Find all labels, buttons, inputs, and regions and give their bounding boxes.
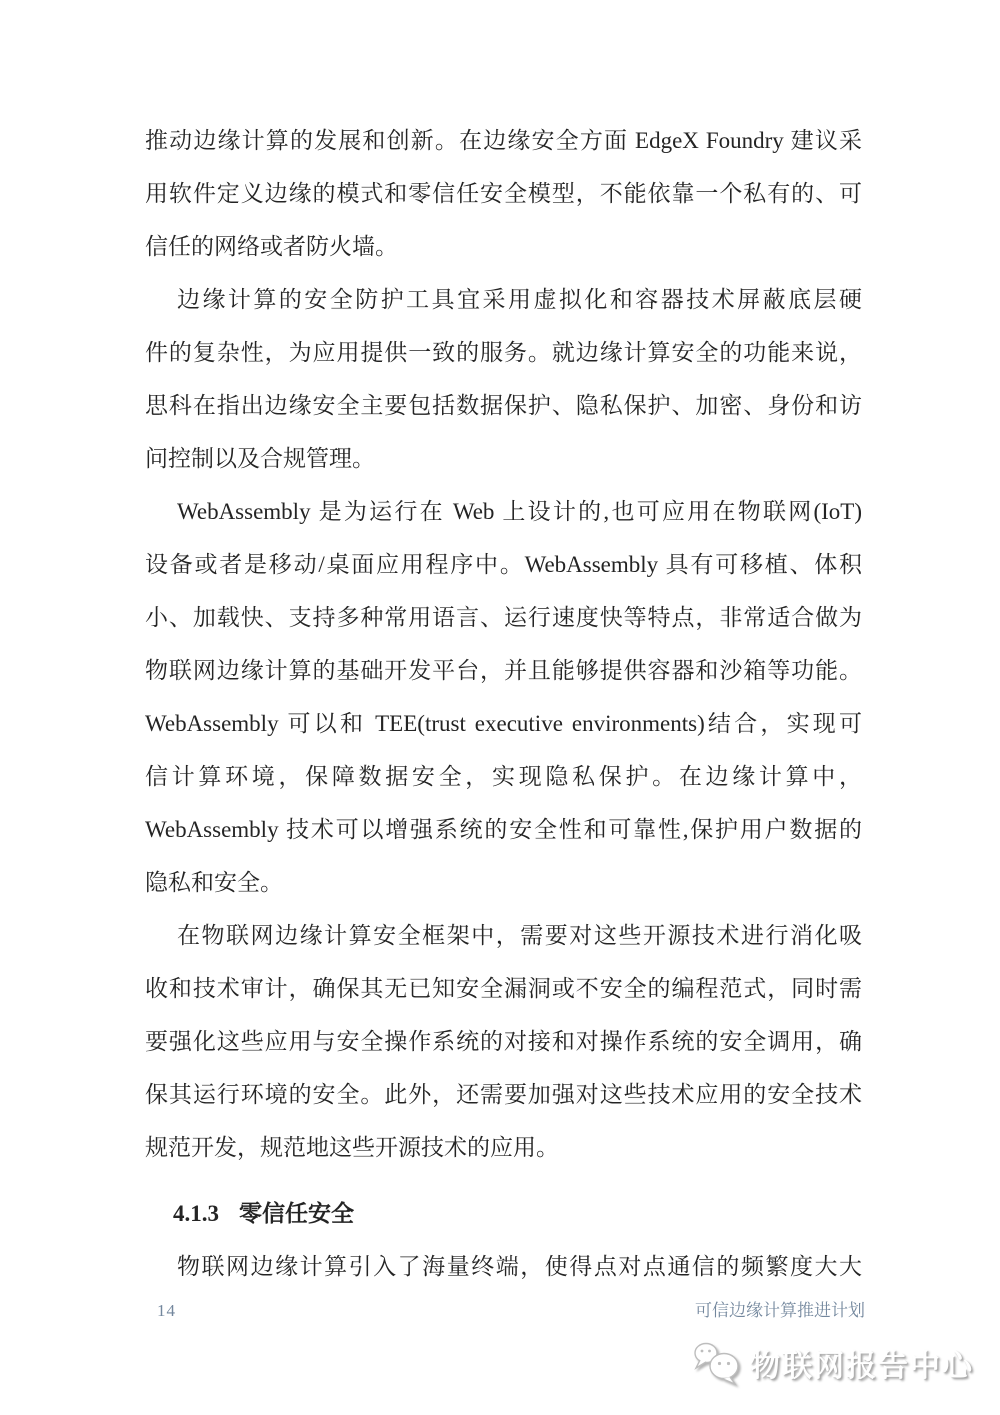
body-line: WebAssembly 技术可以增强系统的安全性和可靠性,保护用户数据的: [145, 803, 862, 856]
body-line: 隐私和安全。: [145, 856, 862, 909]
body-line: 信计算环境，保障数据安全，实现隐私保护。在边缘计算中，: [145, 750, 862, 803]
section-title: 零信任安全: [239, 1201, 354, 1226]
body-line: 设备或者是移动/桌面应用程序中。WebAssembly 具有可移植、体积: [145, 538, 862, 591]
body-line: 物联网边缘计算的基础开发平台，并且能够提供容器和沙箱等功能。: [145, 644, 862, 697]
body-line: WebAssembly 是为运行在 Web 上设计的,也可应用在物联网(IoT): [145, 485, 862, 538]
footer-title: 可信边缘计算推进计划: [695, 1296, 865, 1321]
section-heading: 4.1.3零信任安全: [145, 1187, 862, 1240]
page-footer: 14 可信边缘计算推进计划: [145, 1296, 865, 1321]
body-line: 收和技术审计，确保其无已知安全漏洞或不安全的编程范式，同时需: [145, 962, 862, 1015]
body-line: 保其运行环境的安全。此外，还需要加强对这些技术应用的安全技术: [145, 1068, 862, 1121]
body-line: 物联网边缘计算引入了海量终端，使得点对点通信的频繁度大大: [145, 1240, 862, 1293]
page-number: 14: [145, 1301, 176, 1321]
section-number: 4.1.3: [173, 1201, 219, 1226]
body-line: 思科在指出边缘安全主要包括数据保护、隐私保护、加密、身份和访: [145, 379, 862, 432]
watermark: 物联网报告中心: [691, 1340, 974, 1386]
body-line: WebAssembly 可以和 TEE(trust executive envi…: [145, 697, 862, 750]
body-line: 小、加载快、支持多种常用语言、运行速度快等特点，非常适合做为: [145, 591, 862, 644]
body-line: 推动边缘计算的发展和创新。在边缘安全方面 EdgeX Foundry 建议采: [145, 114, 862, 167]
body-line: 用软件定义边缘的模式和零信任安全模型，不能依靠一个私有的、可: [145, 167, 862, 220]
text-block: 推动边缘计算的发展和创新。在边缘安全方面 EdgeX Foundry 建议采 用…: [145, 114, 862, 1293]
body-line: 边缘计算的安全防护工具宜采用虚拟化和容器技术屏蔽底层硬: [145, 273, 862, 326]
body-line: 件的复杂性，为应用提供一致的服务。就边缘计算安全的功能来说，: [145, 326, 862, 379]
body-line: 要强化这些应用与安全操作系统的对接和对操作系统的安全调用，确: [145, 1015, 862, 1068]
body-line: 问控制以及合规管理。: [145, 432, 862, 485]
body-line: 信任的网络或者防火墙。: [145, 220, 862, 273]
document-page: 推动边缘计算的发展和创新。在边缘安全方面 EdgeX Foundry 建议采 用…: [0, 0, 1000, 1415]
watermark-label: 物联网报告中心: [750, 1341, 974, 1385]
body-line: 规范开发，规范地这些开源技术的应用。: [145, 1121, 862, 1174]
body-line: 在物联网边缘计算安全框架中，需要对这些开源技术进行消化吸: [145, 909, 862, 962]
wechat-icon: [691, 1340, 743, 1386]
